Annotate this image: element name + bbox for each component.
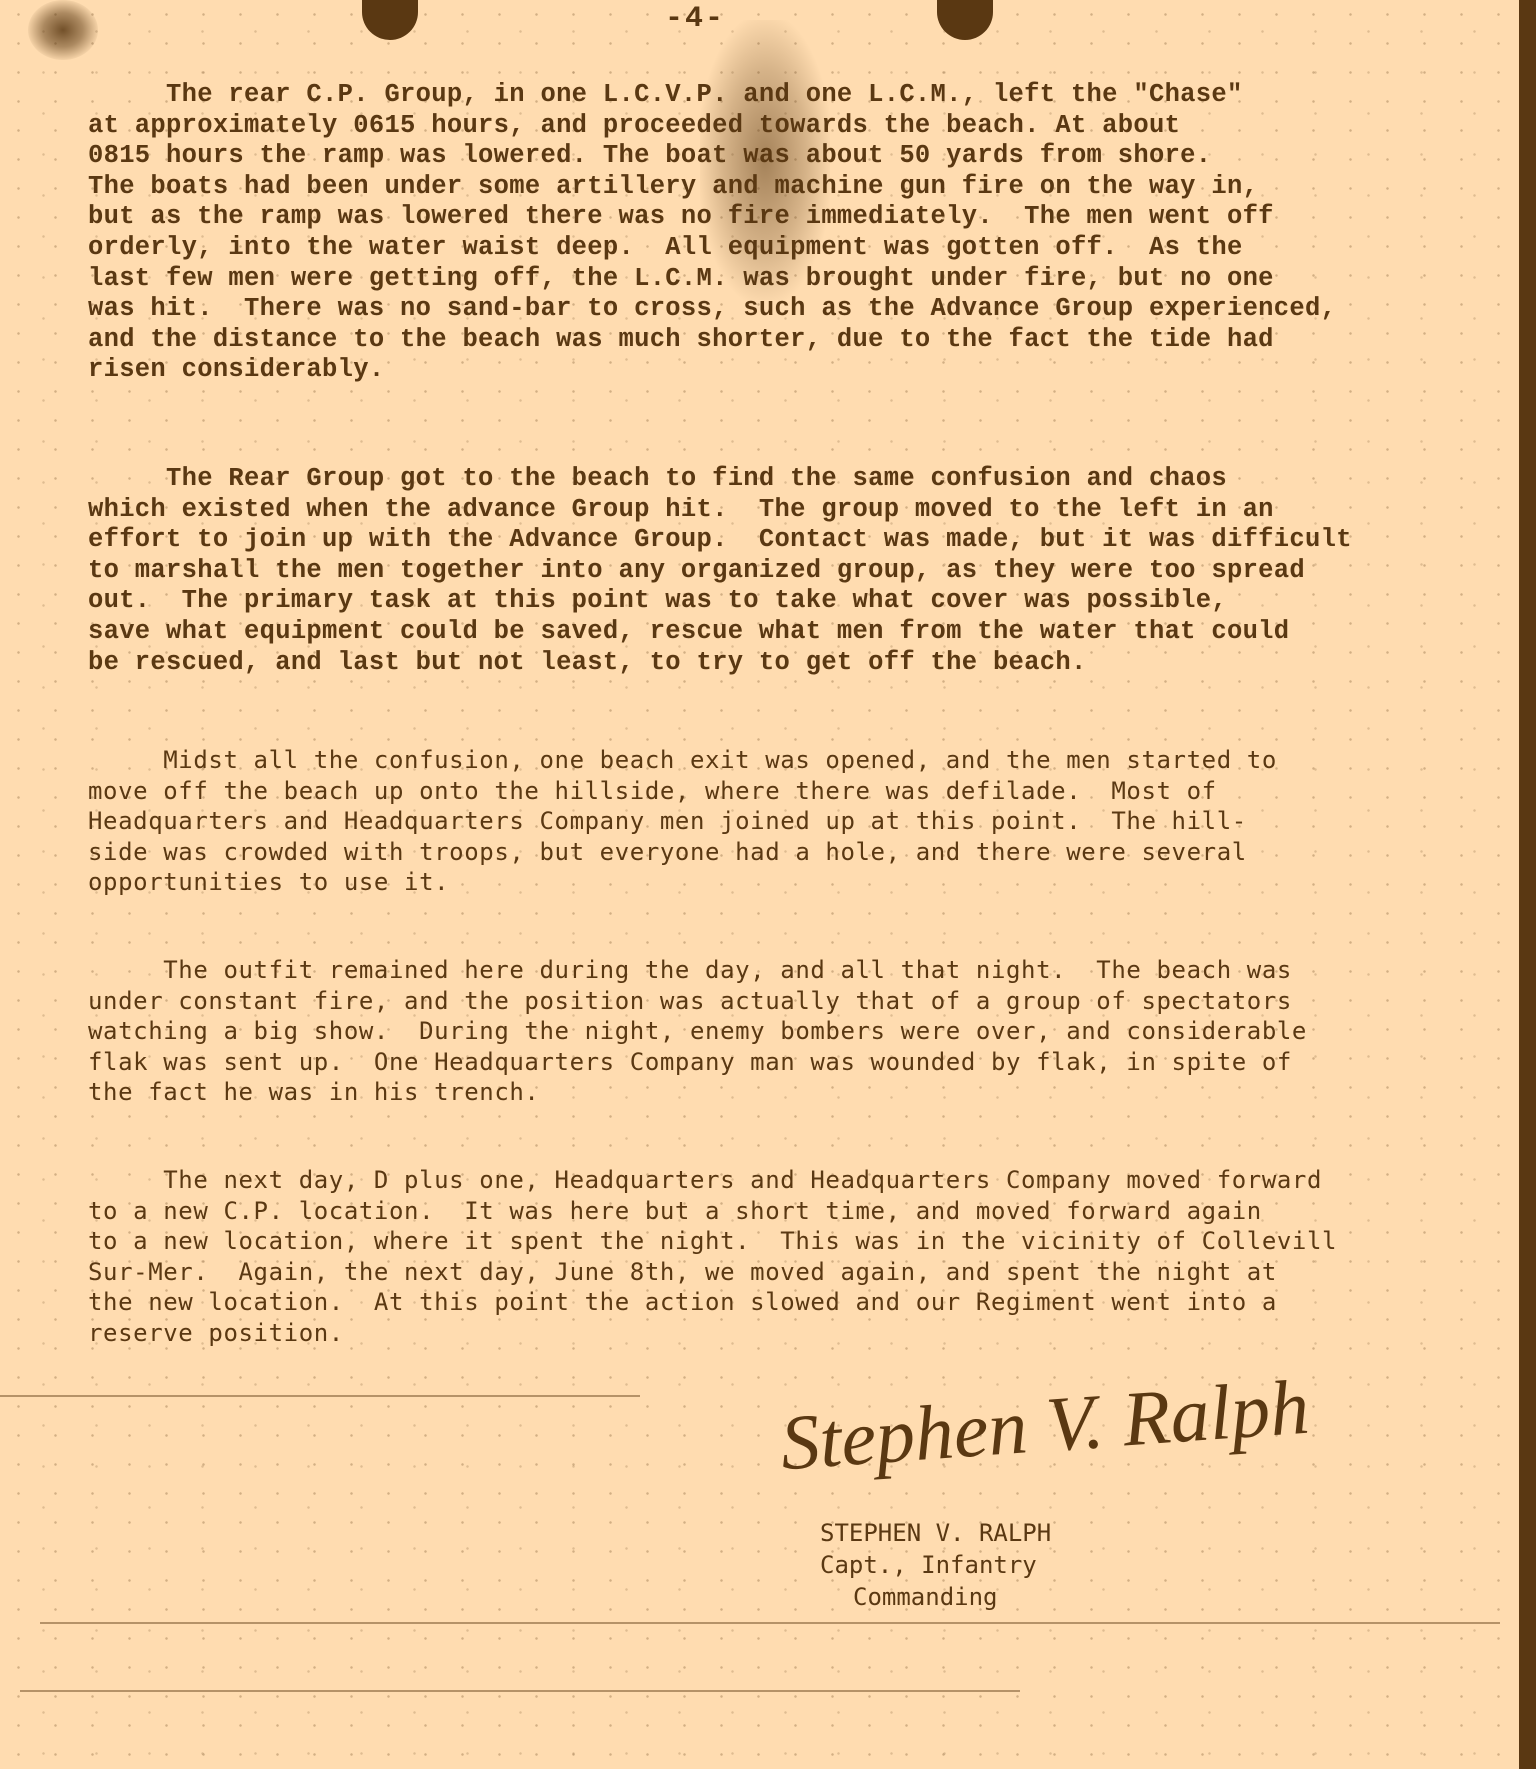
punch-hole [362, 0, 418, 40]
text-line: reserve position. [88, 1318, 1528, 1349]
signatory-role: Commanding [853, 1582, 998, 1612]
text-line: side was crowded with troops, but everyo… [88, 837, 1528, 868]
text-line: The next day, D plus one, Headquarters a… [88, 1165, 1528, 1196]
text-line: The Rear Group got to the beach to find … [88, 464, 1528, 495]
text-line: the new location. At this point the acti… [88, 1287, 1528, 1318]
text-line: watching a big show. During the night, e… [88, 1016, 1528, 1047]
signatory-name: STEPHEN V. RALPH [820, 1518, 1051, 1548]
text-line: The boats had been under some artillery … [88, 172, 1528, 203]
paragraph-outfit-remained: The outfit remained here during the day,… [88, 955, 1528, 1108]
text-line: Sur-Mer. Again, the next day, June 8th, … [88, 1257, 1528, 1288]
text-line: effort to join up with the Advance Group… [88, 525, 1528, 556]
signatory-rank: Capt., Infantry [820, 1550, 1037, 1580]
paragraph-beach-exit: Midst all the confusion, one beach exit … [88, 745, 1528, 898]
text-line: save what equipment could be saved, resc… [88, 617, 1528, 648]
text-line: but as the ramp was lowered there was no… [88, 202, 1528, 233]
document-page: -4- The rear C.P. Group, in one L.C.V.P.… [0, 0, 1536, 1769]
signature-script: Stephen V. Ralph [778, 1362, 1312, 1489]
page-number: -4- [665, 2, 725, 36]
text-line: to a new C.P. location. It was here but … [88, 1196, 1528, 1227]
text-line: The rear C.P. Group, in one L.C.V.P. and… [88, 80, 1528, 111]
text-line: 0815 hours the ramp was lowered. The boa… [88, 141, 1528, 172]
text-line: to a new location, where it spent the ni… [88, 1226, 1528, 1257]
handwritten-signature: Stephen V. Ralph [780, 1380, 1300, 1540]
text-line: last few men were getting off, the L.C.M… [88, 264, 1528, 295]
text-line: under constant fire, and the position wa… [88, 986, 1528, 1017]
text-line: at approximately 0615 hours, and proceed… [88, 111, 1528, 142]
text-line: the fact he was in his trench. [88, 1077, 1528, 1108]
scan-artifact-line [20, 1690, 1020, 1692]
text-line: and the distance to the beach was much s… [88, 325, 1528, 356]
paragraph-rear-cp-group: The rear C.P. Group, in one L.C.V.P. and… [88, 80, 1528, 386]
text-line: was hit. There was no sand-bar to cross,… [88, 294, 1528, 325]
paragraph-next-day: The next day, D plus one, Headquarters a… [88, 1165, 1528, 1349]
text-line: flak was sent up. One Headquarters Compa… [88, 1047, 1528, 1078]
text-line: orderly, into the water waist deep. All … [88, 233, 1528, 264]
text-line: move off the beach up onto the hillside,… [88, 776, 1528, 807]
text-line: The outfit remained here during the day,… [88, 955, 1528, 986]
scan-artifact-line [40, 1622, 1500, 1624]
text-line: be rescued, and last but not least, to t… [88, 648, 1528, 679]
text-line: out. The primary task at this point was … [88, 586, 1528, 617]
text-line: Headquarters and Headquarters Company me… [88, 806, 1528, 837]
punch-hole [937, 0, 993, 40]
text-line: which existed when the advance Group hit… [88, 495, 1528, 526]
paragraph-rear-group-beach: The Rear Group got to the beach to find … [88, 464, 1528, 678]
text-line: Midst all the confusion, one beach exit … [88, 745, 1528, 776]
scan-artifact-line [0, 1395, 640, 1397]
ink-smudge [28, 0, 98, 60]
text-line: risen considerably. [88, 355, 1528, 386]
text-line: to marshall the men together into any or… [88, 556, 1528, 587]
text-line: opportunities to use it. [88, 867, 1528, 898]
